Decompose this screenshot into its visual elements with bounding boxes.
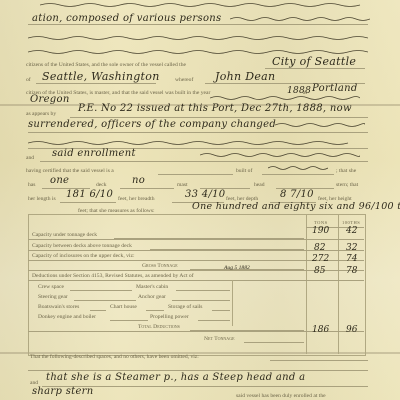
column-divider bbox=[306, 214, 307, 354]
rule-line bbox=[70, 290, 132, 291]
table-row-hundredths: 32 bbox=[346, 243, 357, 253]
home-port: Seattle, Washington bbox=[42, 70, 160, 83]
gross-hundredths: 74 bbox=[346, 254, 357, 264]
handwritten-entry: P.E. No 22 issued at this Port, Dec 27th… bbox=[78, 103, 352, 114]
rule-line bbox=[60, 202, 116, 203]
wavy-fill-line bbox=[40, 2, 370, 8]
net-tonnage-label: Net Tonnage bbox=[204, 336, 235, 342]
wavy-fill-line bbox=[230, 16, 370, 22]
printed-text: has bbox=[28, 182, 35, 188]
rule-line bbox=[158, 174, 233, 175]
mast-count: no bbox=[132, 175, 145, 186]
table-row-label: Capacity of inclosures on the upper deck… bbox=[32, 253, 135, 259]
tons-header: TONS bbox=[314, 220, 328, 225]
wavy-fill-line bbox=[28, 34, 368, 40]
wavy-fill-line bbox=[275, 122, 365, 128]
rule-line bbox=[90, 310, 106, 311]
printed-text: citizens of the United States, and the s… bbox=[26, 62, 186, 68]
rule-line bbox=[262, 174, 334, 175]
rule-line bbox=[120, 188, 174, 189]
printed-text: head bbox=[254, 182, 265, 188]
gross-tons: 272 bbox=[312, 254, 329, 264]
vessel-depth: 8 7/10 bbox=[280, 189, 314, 200]
net-hundredths: 96 bbox=[346, 325, 357, 335]
printed-text: of bbox=[26, 77, 31, 83]
built-at: Portland bbox=[312, 83, 358, 94]
printed-text: ; that she bbox=[336, 168, 356, 174]
deduction-tons: 85 bbox=[314, 266, 325, 276]
handwritten-entry: sharp stern bbox=[32, 386, 93, 397]
column-divider bbox=[232, 280, 233, 326]
deduction-item: Steering gear bbox=[38, 294, 68, 300]
gross-tonnage-label: Gross Tonnage bbox=[142, 263, 178, 269]
rule-line bbox=[176, 290, 230, 291]
printed-text: whereof bbox=[175, 77, 193, 83]
tonnage-measure: One hundred and eighty six and 96/100 to… bbox=[192, 201, 400, 212]
rule-line bbox=[198, 320, 230, 321]
rule-line bbox=[70, 117, 368, 118]
rule-line bbox=[28, 24, 368, 25]
deduction-item: Chart house bbox=[110, 304, 137, 310]
table-row-tons: 82 bbox=[314, 243, 325, 253]
deck-count: one bbox=[50, 175, 69, 186]
printed-text: built of bbox=[236, 168, 252, 174]
column-divider bbox=[338, 214, 339, 354]
rule-line bbox=[36, 83, 156, 84]
rule-line bbox=[212, 310, 230, 311]
vessel-breadth: 33 4/10 bbox=[185, 189, 225, 200]
rule-line bbox=[40, 161, 368, 162]
printed-text: and bbox=[26, 155, 34, 161]
net-tons: 186 bbox=[312, 325, 329, 335]
wavy-fill-line bbox=[268, 165, 328, 171]
rule-line bbox=[28, 370, 368, 371]
rule-line bbox=[28, 132, 368, 133]
act-date: Aug 5 1882 bbox=[224, 265, 250, 271]
deduction-item: Storage of sails bbox=[168, 304, 203, 310]
wavy-fill-line bbox=[28, 48, 368, 54]
printed-text: her length is bbox=[28, 196, 56, 202]
rule-line bbox=[74, 300, 136, 301]
total-deductions-label: Total Deductions bbox=[138, 324, 180, 330]
table-row-label: Capacity under tonnage deck bbox=[32, 232, 97, 238]
table-row-hundredths: 42 bbox=[346, 226, 357, 236]
printed-text: mast bbox=[177, 182, 188, 188]
table-row-label: Deductions under Section 4153, Revised S… bbox=[32, 273, 194, 279]
printed-text: said vessel has been duly enrolled at th… bbox=[236, 393, 326, 399]
printed-text: having certified that the said vessel is… bbox=[26, 168, 114, 174]
printed-text: That the following-described spaces, and… bbox=[30, 354, 199, 360]
handwritten-entry: that she is a Steamer p., has a Steep he… bbox=[46, 372, 305, 383]
vessel-name: City of Seattle bbox=[272, 55, 356, 68]
deduction-item: Propelling power bbox=[150, 314, 189, 320]
printed-text: as appears by bbox=[26, 111, 56, 117]
master-name: John Dean bbox=[215, 70, 275, 83]
deduction-item: Crew space bbox=[38, 284, 64, 290]
hundredths-header: 100THS bbox=[342, 220, 360, 225]
printed-text: deck bbox=[96, 182, 107, 188]
rule-line bbox=[244, 342, 304, 343]
wavy-fill-line bbox=[200, 152, 360, 158]
deduction-item: Boatswain's stores bbox=[38, 304, 79, 310]
rule-line bbox=[110, 320, 148, 321]
rule-line bbox=[265, 68, 365, 69]
table-row-label: Capacity between decks above tonnage dec… bbox=[32, 243, 132, 249]
deduction-item: Donkey engine and boiler bbox=[38, 314, 96, 320]
rule-line bbox=[270, 360, 368, 361]
built-at-state: Oregon bbox=[30, 94, 70, 105]
wavy-fill-line bbox=[28, 140, 358, 146]
rule-line bbox=[28, 280, 364, 281]
deduction-hundredths: 78 bbox=[346, 266, 357, 276]
rule-line bbox=[146, 310, 164, 311]
table-row-tons: 190 bbox=[312, 226, 329, 236]
rule-line bbox=[172, 300, 230, 301]
deduction-item: Anchor gear bbox=[138, 294, 166, 300]
handwritten-entry: surrendered, officers of the company cha… bbox=[28, 119, 276, 130]
printed-text: stern; that bbox=[336, 182, 358, 188]
handwritten-entry: ation, composed of various persons bbox=[32, 13, 221, 24]
handwritten-entry: said enrollment bbox=[52, 148, 136, 159]
printed-text: feet, her breadth bbox=[118, 196, 155, 202]
wavy-fill-line bbox=[210, 95, 360, 101]
rule-line bbox=[28, 239, 364, 240]
deduction-item: Master's cabin bbox=[136, 284, 168, 290]
vessel-length: 181 6/10 bbox=[66, 189, 113, 200]
